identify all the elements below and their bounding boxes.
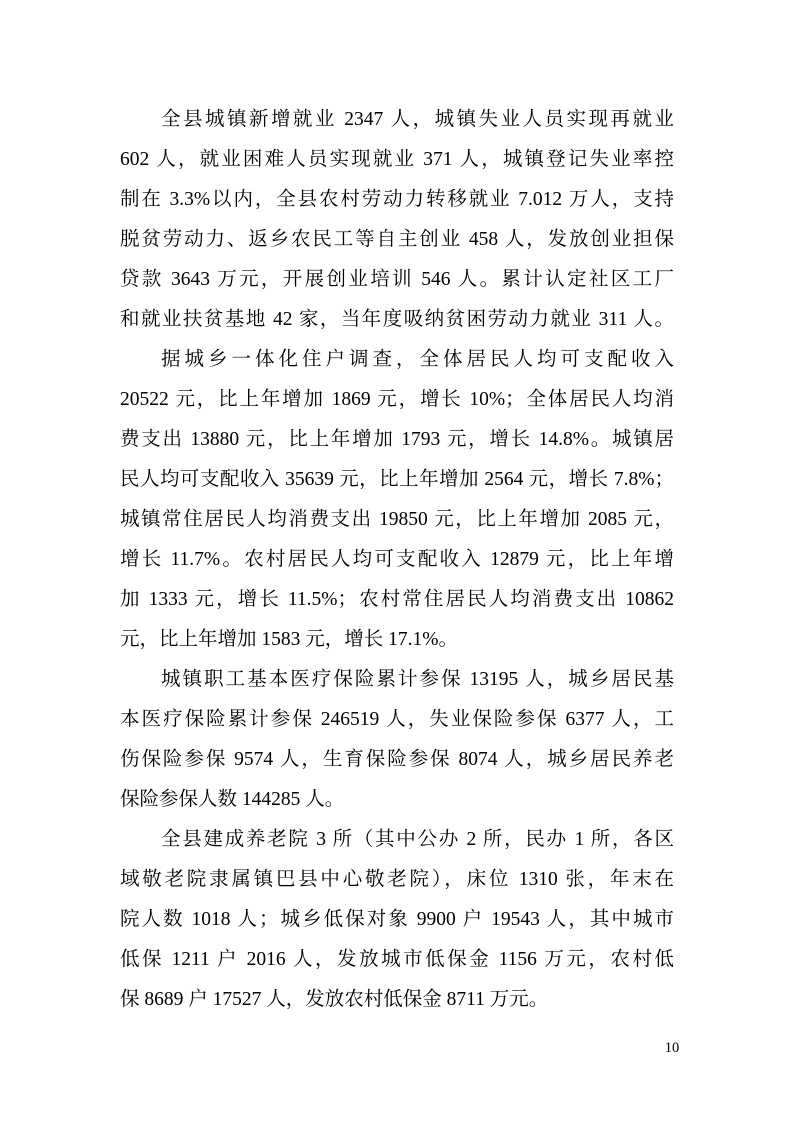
text-line: 城镇职工基本医疗保险累计参保 13195 人，城乡居民基 [120,660,674,700]
document-page: 全县城镇新增就业 2347 人，城镇失业人员实现再就业 602 人，就业困难人员… [0,0,793,1122]
text-line: 据城乡一体化住户调查，全体居民人均可支配收入 [120,340,674,380]
text-line: 域敬老院隶属镇巴县中心敬老院），床位 1310 张，年末在 [120,860,674,900]
text-line: 元，比上年增加 1583 元，增长 17.1%。 [120,620,674,660]
text-line: 全县建成养老院 3 所（其中公办 2 所，民办 1 所，各区 [120,820,674,860]
text-line: 保险参保人数 144285 人。 [120,780,674,820]
text-line: 贷款 3643 万元，开展创业培训 546 人。累计认定社区工厂 [120,260,674,300]
text-line: 602 人，就业困难人员实现就业 371 人，城镇登记失业率控 [120,140,674,180]
text-line: 保 8689 户 17527 人，发放农村低保金 8711 万元。 [120,980,674,1020]
paragraph-employment: 全县城镇新增就业 2347 人，城镇失业人员实现再就业 602 人，就业困难人员… [120,100,674,340]
text-line: 院人数 1018 人；城乡低保对象 9900 户 19543 人，其中城市 [120,900,674,940]
text-line: 费支出 13880 元，比上年增加 1793 元，增长 14.8%。城镇居 [120,420,674,460]
paragraph-welfare: 全县建成养老院 3 所（其中公办 2 所，民办 1 所，各区 域敬老院隶属镇巴县… [120,820,674,1020]
paragraph-income: 据城乡一体化住户调查，全体居民人均可支配收入 20522 元，比上年增加 186… [120,340,674,660]
text-line: 制在 3.3%以内，全县农村劳动力转移就业 7.012 万人，支持 [120,180,674,220]
text-line: 城镇常住居民人均消费支出 19850 元，比上年增加 2085 元， [120,500,674,540]
text-line: 全县城镇新增就业 2347 人，城镇失业人员实现再就业 [120,100,674,140]
paragraph-insurance: 城镇职工基本医疗保险累计参保 13195 人，城乡居民基 本医疗保险累计参保 2… [120,660,674,820]
text-line: 本医疗保险累计参保 246519 人，失业保险参保 6377 人，工 [120,700,674,740]
page-number: 10 [652,1038,692,1058]
text-line: 民人均可支配收入 35639 元，比上年增加 2564 元，增长 7.8%； [120,460,674,500]
text-line: 脱贫劳动力、返乡农民工等自主创业 458 人，发放创业担保 [120,220,674,260]
text-line: 增长 11.7%。农村居民人均可支配收入 12879 元，比上年增 [120,540,674,580]
text-line: 伤保险参保 9574 人，生育保险参保 8074 人，城乡居民养老 [120,740,674,780]
text-line: 和就业扶贫基地 42 家，当年度吸纳贫困劳动力就业 311 人。 [120,300,674,340]
text-line: 低保 1211 户 2016 人，发放城市低保金 1156 万元，农村低 [120,940,674,980]
text-line: 20522 元，比上年增加 1869 元，增长 10%；全体居民人均消 [120,380,674,420]
text-line: 加 1333 元，增长 11.5%；农村常住居民人均消费支出 10862 [120,580,674,620]
page-body-text: 全县城镇新增就业 2347 人，城镇失业人员实现再就业 602 人，就业困难人员… [120,100,674,1020]
